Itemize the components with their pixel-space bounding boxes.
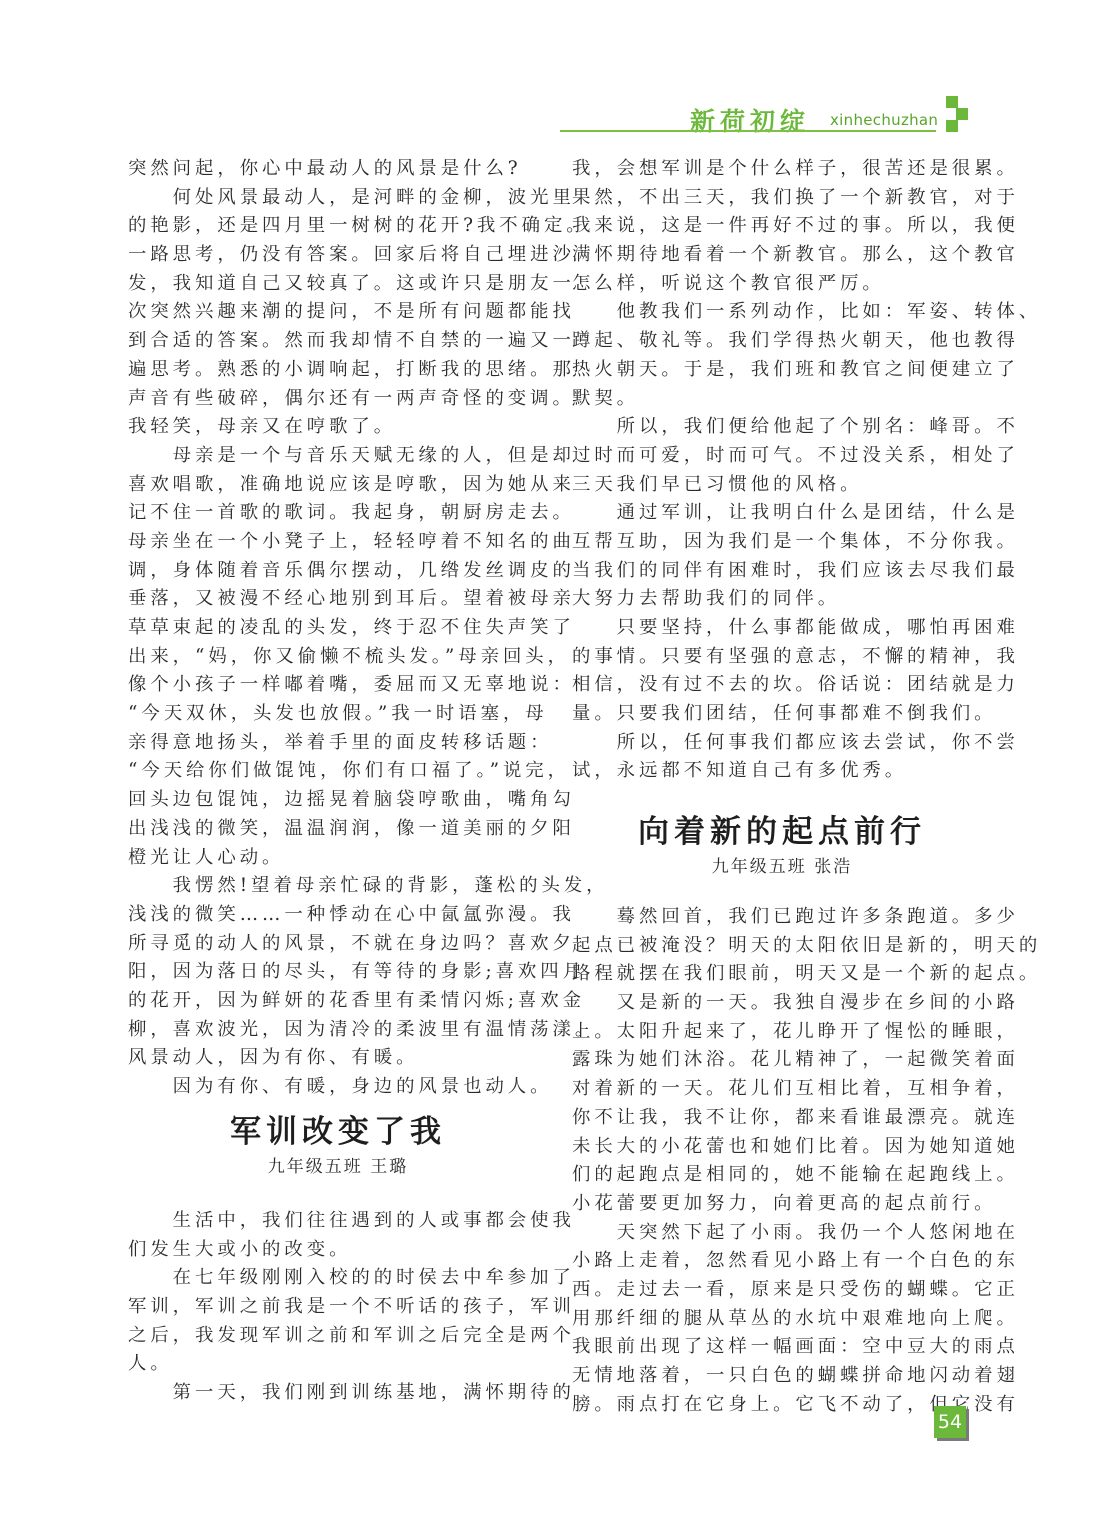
- text-line: 又是新的一天。我独自漫步在乡间的小路: [572, 989, 992, 1018]
- text-line: 军训，军训之前我是一个不听话的孩子，军训: [128, 1293, 548, 1322]
- text-line: 用那纤细的腿从草丛的水坑中艰难地向上爬。: [572, 1305, 992, 1334]
- text-line: 的事情。只要有坚强的意志，不懈的精神，我: [572, 643, 992, 672]
- article-title: 向着新的起点前行: [572, 810, 992, 854]
- text-line: 亲得意地扬头，举着手里的面皮转移话题：: [128, 729, 548, 758]
- text-line: 小路上走着，忽然看见小路上有一个白色的东: [572, 1247, 992, 1276]
- text-line: 发，我知道自己又较真了。这或许只是朋友一: [128, 270, 548, 299]
- text-line: 无情地落着，一只白色的蝴蝶拼命地闪动着翅: [572, 1362, 992, 1391]
- text-line: 喜欢唱歌，准确地说应该是哼歌，因为她从来: [128, 471, 548, 500]
- text-line: 热火朝天。于是，我们班和教官之间便建立了: [572, 356, 992, 385]
- text-line: 天突然下起了小雨。我仍一个人悠闲地在: [572, 1219, 992, 1248]
- article-2-header: 军训改变了我 九年级五班 王璐: [128, 1110, 548, 1180]
- text-line: 遍思考。熟悉的小调响起，打断我的思绪。那: [128, 356, 548, 385]
- text-line: 默契。: [572, 385, 992, 414]
- text-line: 人。: [128, 1350, 548, 1379]
- text-line: 我眼前出现了这样一幅画面：空中豆大的雨点: [572, 1333, 992, 1362]
- magazine-section-title: 新荷初绽: [690, 102, 810, 138]
- text-line: 蹲起、敬礼等。我们学得热火朝天，他也教得: [572, 327, 992, 356]
- text-line: 何处风景最动人，是河畔的金柳，波光里: [128, 184, 548, 213]
- article-3-body: 蓦然回首，我们已跑过许多条跑道。多少起点已被淹没？明天的太阳依旧是新的，明天的路…: [572, 903, 992, 1419]
- text-line: 们的起跑点是相同的，她不能输在起跑线上。: [572, 1161, 992, 1190]
- text-line: 满怀期待地看着一个新教官。那么，这个教官: [572, 241, 992, 270]
- text-line: 草草束起的凌乱的头发，终于忍不住失声笑了: [128, 614, 548, 643]
- text-line: 过时而可爱，时而可气。不过没关系，相处了: [572, 442, 992, 471]
- text-line: 出浅浅的微笑，温温润润，像一道美丽的夕阳: [128, 815, 548, 844]
- text-line: 生活中，我们往往遇到的人或事都会使我: [128, 1207, 548, 1236]
- text-line: 对着新的一天。花儿们互相比着，互相争着，: [572, 1075, 992, 1104]
- article-3-header: 向着新的起点前行 九年级五班 张浩: [572, 810, 992, 880]
- text-line: 我，会想军训是个什么样子，很苦还是很累。: [572, 155, 992, 184]
- article-1-continued: 突然问起，你心中最动人的风景是什么? 何处风景最动人，是河畔的金柳，波光里的艳影…: [128, 155, 548, 1102]
- text-line: 调，身体随着音乐偶尔摆动，几绺发丝调皮的: [128, 557, 548, 586]
- text-line: 母亲是一个与音乐天赋无缘的人，但是却: [128, 442, 548, 471]
- left-column: 突然问起，你心中最动人的风景是什么? 何处风景最动人，是河畔的金柳，波光里的艳影…: [128, 155, 548, 1102]
- text-line: 突然问起，你心中最动人的风景是什么?: [128, 155, 548, 184]
- article-byline: 九年级五班 张浩: [572, 854, 992, 880]
- magazine-section-pinyin: xinhechuzhan: [830, 111, 938, 129]
- text-line: 在七年级刚刚入校的的时侯去中牟参加了: [128, 1264, 548, 1293]
- text-line: 次突然兴趣来潮的提问，不是所有问题都能找: [128, 298, 548, 327]
- text-line: 三天我们早已习惯他的风格。: [572, 471, 992, 500]
- page-header: 新荷初绽 xinhechuzhan: [0, 0, 1099, 140]
- text-line: 上。太阳升起来了，花儿睁开了惺忪的睡眼，: [572, 1018, 992, 1047]
- text-line: 所以，任何事我们都应该去尝试，你不尝: [572, 729, 992, 758]
- text-line: 未长大的小花蕾也和她们比着。因为她知道她: [572, 1133, 992, 1162]
- text-line: 互帮互助，因为我们是一个集体，不分你我。: [572, 528, 992, 557]
- text-line: 声音有些破碎，偶尔还有一两声奇怪的变调。: [128, 385, 548, 414]
- text-line: 到合适的答案。然而我却情不自禁的一遍又一: [128, 327, 548, 356]
- text-line: 所寻觅的动人的风景，不就在身边吗？喜欢夕: [128, 930, 548, 959]
- text-line: 我来说，这是一件再好不过的事。所以，我便: [572, 212, 992, 241]
- text-line: 蓦然回首，我们已跑过许多条跑道。多少: [572, 903, 992, 932]
- text-line: 大努力去帮助我们的同伴。: [572, 585, 992, 614]
- text-line: 出来，“妈，你又偷懒不梳头发。”母亲回头，: [128, 643, 548, 672]
- text-line: 只要坚持，什么事都能做成，哪怕再困难: [572, 614, 992, 643]
- right-column: 我，会想军训是个什么样子，很苦还是很累。果然，不出三天，我们换了一个新教官，对于…: [572, 155, 992, 786]
- text-line: 膀。雨点打在它身上。它飞不动了，但它没有: [572, 1391, 992, 1420]
- text-line: 我愣然!望着母亲忙碌的背影，蓬松的头发，: [128, 872, 548, 901]
- text-line: 垂落，又被漫不经心地别到耳后。望着被母亲: [128, 585, 548, 614]
- text-line: 的艳影，还是四月里一树树的花开?我不确定。: [128, 212, 548, 241]
- text-line: 露珠为她们沐浴。花儿精神了，一起微笑着面: [572, 1046, 992, 1075]
- text-line: 像个小孩子一样嘟着嘴，委屈而又无辜地说：: [128, 671, 548, 700]
- text-line: 路程就摆在我们眼前，明天又是一个新的起点。: [572, 960, 992, 989]
- article-2-continued: 我，会想军训是个什么样子，很苦还是很累。果然，不出三天，我们换了一个新教官，对于…: [572, 155, 992, 786]
- text-line: 他教我们一系列动作，比如：军姿、转体、: [572, 298, 992, 327]
- text-line: “今天给你们做馄饨，你们有口福了。”说完，: [128, 757, 548, 786]
- text-line: 风景动人，因为有你、有暖。: [128, 1044, 548, 1073]
- text-line: 我轻笑，母亲又在哼歌了。: [128, 413, 548, 442]
- text-line: 怎么样，听说这个教官很严厉。: [572, 270, 992, 299]
- text-line: 试，永远都不知道自己有多优秀。: [572, 757, 992, 786]
- green-block-cross-icon: [942, 96, 970, 132]
- text-line: 所以，我们便给他起了个别名：峰哥。不: [572, 413, 992, 442]
- text-line: 记不住一首歌的歌词。我起身，朝厨房走去。: [128, 499, 548, 528]
- text-line: 回头边包馄饨，边摇晃着脑袋哼歌曲，嘴角勾: [128, 786, 548, 815]
- text-line: 母亲坐在一个小凳子上，轻轻哼着不知名的曲: [128, 528, 548, 557]
- text-line: 阳，因为落日的尽头，有等待的身影;喜欢四月: [128, 958, 548, 987]
- text-line: 小花蕾要更加努力，向着更高的起点前行。: [572, 1190, 992, 1219]
- header-divider: [560, 130, 936, 132]
- text-line: 相信，没有过不去的坎。俗话说：团结就是力: [572, 671, 992, 700]
- text-line: 们发生大或小的改变。: [128, 1236, 548, 1265]
- text-line: 之后，我发现军训之前和军训之后完全是两个: [128, 1322, 548, 1351]
- text-line: 浅浅的微笑……一种悸动在心中氤氲弥漫。我: [128, 901, 548, 930]
- text-line: 西。走过去一看，原来是只受伤的蝴蝶。它正: [572, 1276, 992, 1305]
- article-byline: 九年级五班 王璐: [128, 1154, 548, 1180]
- text-line: 因为有你、有暖，身边的风景也动人。: [128, 1073, 548, 1102]
- text-line: 的花开，因为鲜妍的花香里有柔情闪烁;喜欢金: [128, 987, 548, 1016]
- text-line: 量。只要我们团结，任何事都难不倒我们。: [572, 700, 992, 729]
- text-line: 果然，不出三天，我们换了一个新教官，对于: [572, 184, 992, 213]
- text-line: 通过军训，让我明白什么是团结，什么是: [572, 499, 992, 528]
- article-title: 军训改变了我: [128, 1110, 548, 1154]
- text-line: 起点已被淹没？明天的太阳依旧是新的，明天的: [572, 932, 992, 961]
- page-number: 54: [934, 1406, 966, 1438]
- text-line: 第一天，我们刚到训练基地，满怀期待的: [128, 1379, 548, 1408]
- article-2-body: 生活中，我们往往遇到的人或事都会使我们发生大或小的改变。 在七年级刚刚入校的的时…: [128, 1207, 548, 1408]
- text-line: “今天双休，头发也放假。”我一时语塞，母: [128, 700, 548, 729]
- text-line: 橙光让人心动。: [128, 844, 548, 873]
- text-line: 当我们的同伴有困难时，我们应该去尽我们最: [572, 557, 992, 586]
- text-line: 一路思考，仍没有答案。回家后将自己埋进沙: [128, 241, 548, 270]
- text-line: 柳，喜欢波光，因为清冷的柔波里有温情荡漾。: [128, 1016, 548, 1045]
- text-line: 你不让我，我不让你，都来看谁最漂亮。就连: [572, 1104, 992, 1133]
